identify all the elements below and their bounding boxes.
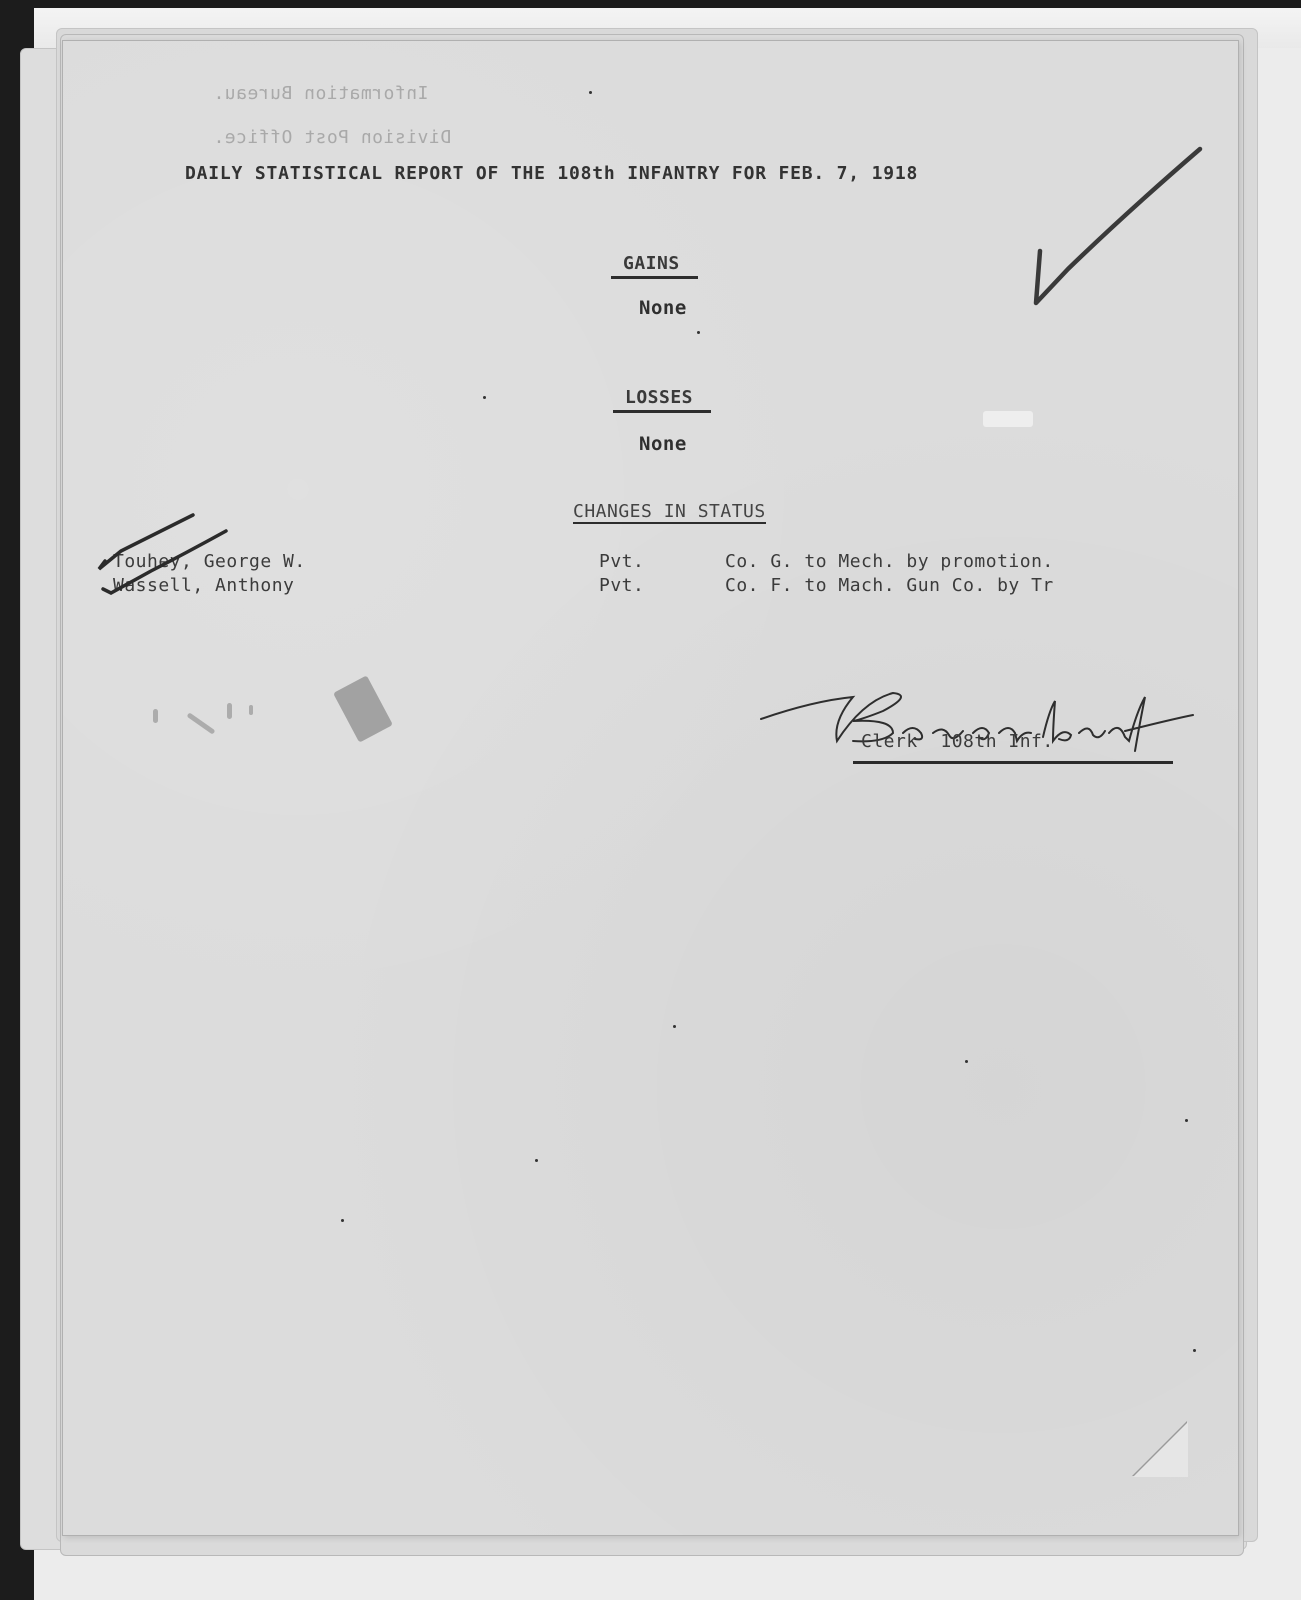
report-title: DAILY STATISTICAL REPORT OF THE 108th IN…: [185, 163, 918, 184]
folded-corner: [1133, 1422, 1188, 1477]
document-page: Information Bureau. Division Post Office…: [62, 40, 1239, 1536]
ink-smudge: [153, 709, 158, 723]
changes-heading: CHANGES IN STATUS: [573, 501, 766, 524]
check-mark-icon: [91, 511, 231, 601]
ink-smudge: [249, 705, 253, 715]
signature-line: [853, 761, 1173, 764]
bleed-through-line-2: Division Post Office.: [213, 127, 451, 148]
losses-value: None: [639, 433, 687, 455]
entry-rank: Pvt.: [599, 551, 644, 572]
signature-caption: Clerk 108th Inf.: [861, 731, 1054, 752]
ink-smudge: [333, 675, 393, 742]
scanned-document-scene: Information Bureau. Division Post Office…: [0, 0, 1301, 1600]
gains-value: None: [639, 297, 687, 319]
signature-handwriting: [753, 661, 1193, 771]
ink-smudge: [186, 712, 215, 734]
bleed-through-line-1: Information Bureau.: [213, 83, 428, 104]
entry-change: Co. G. to Mech. by promotion.: [725, 551, 1054, 572]
paper-blemish: [983, 411, 1033, 427]
gains-heading: GAINS: [611, 253, 698, 279]
entry-rank: Pvt.: [599, 575, 644, 596]
check-mark-icon: [1028, 141, 1208, 311]
entry-change: Co. F. to Mach. Gun Co. by Tr: [725, 575, 1054, 596]
ink-smudge: [227, 703, 232, 719]
losses-heading: LOSSES: [613, 387, 711, 413]
